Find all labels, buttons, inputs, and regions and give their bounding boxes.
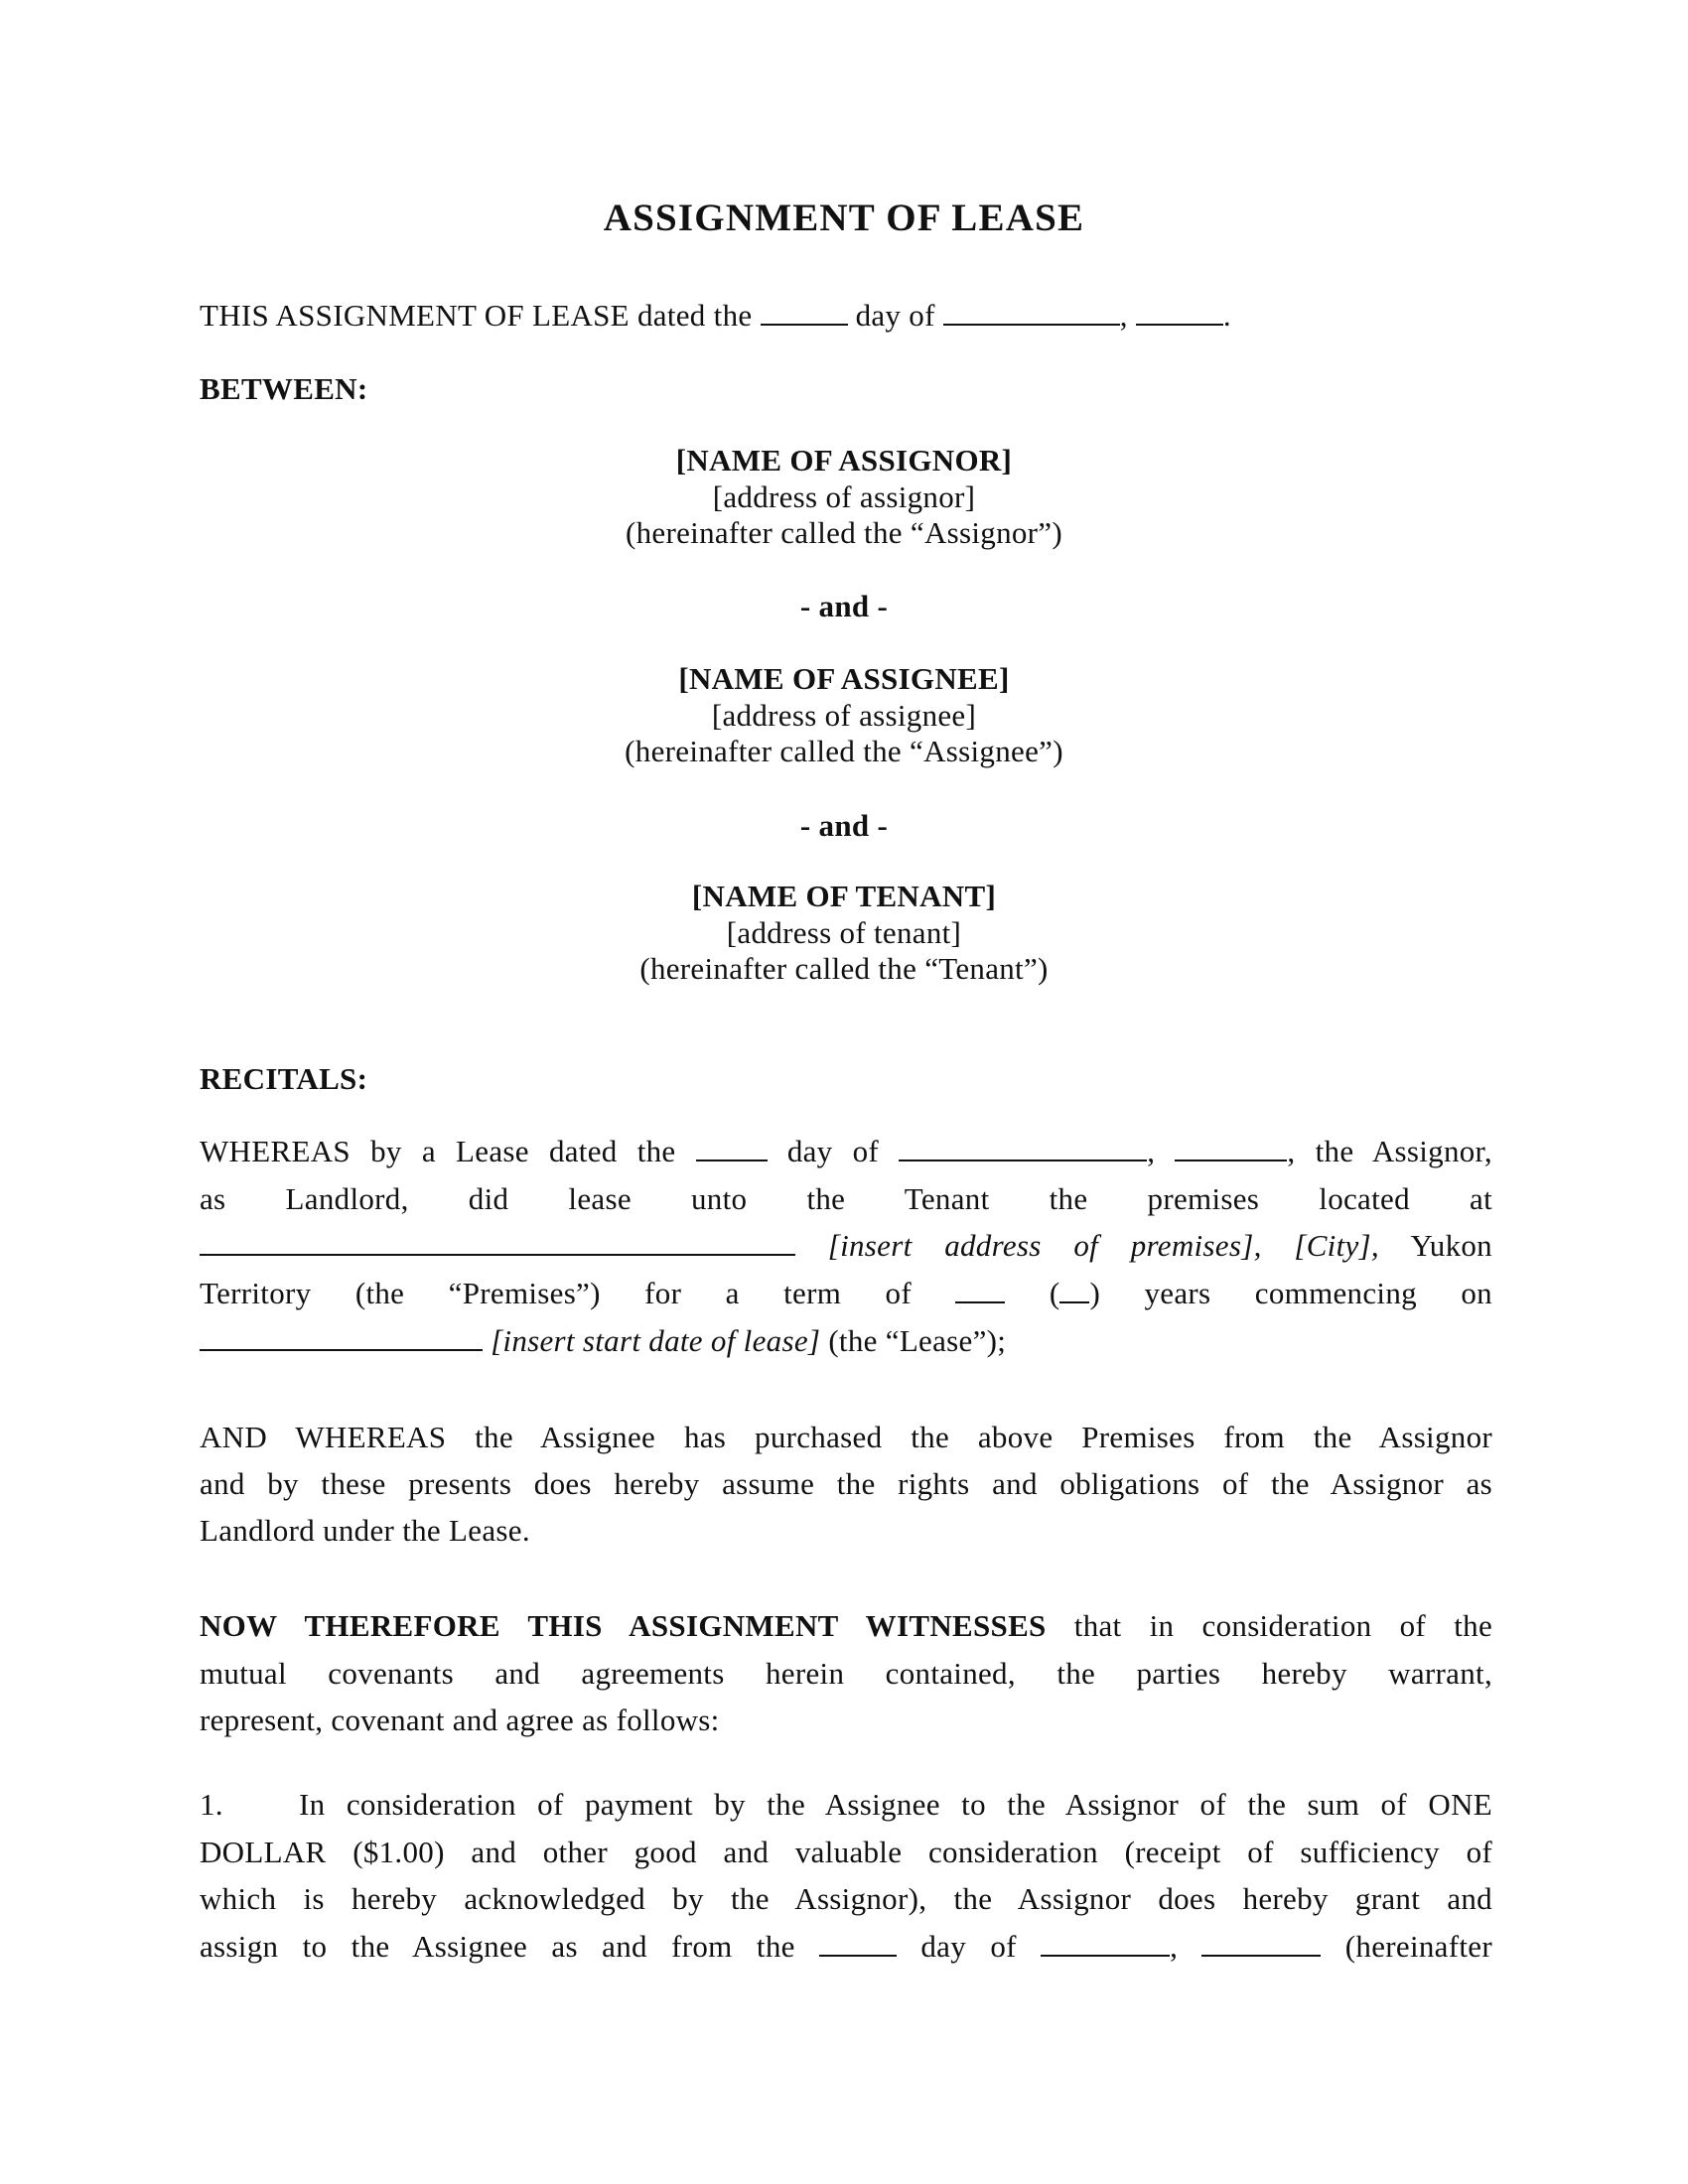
start-date-blank[interactable] (200, 1323, 483, 1351)
document-page: ASSIGNMENT OF LEASE THIS ASSIGNMENT OF L… (0, 0, 1688, 2184)
term-words-blank[interactable] (955, 1276, 1005, 1303)
recital-1-line-4: Territory (the “Premises”) for a term of… (200, 1274, 1492, 1313)
intro-month-blank[interactable] (943, 298, 1120, 326)
and-separator-1: - and - (0, 587, 1688, 626)
comma: , (1120, 298, 1128, 333)
intro-lead: THIS ASSIGNMENT OF LEASE dated the (200, 298, 752, 333)
recital-text: years commencing on (1144, 1276, 1491, 1310)
assignor-address: [address of assignor] (0, 478, 1688, 517)
recital-1-line-3: [insert address of premises], [City], Yu… (200, 1226, 1492, 1266)
recital-2-line-2: and by these presents does hereby assume… (200, 1464, 1492, 1504)
recital-text: day of (787, 1134, 879, 1168)
premises-address-placeholder: [insert address of premises], [City], (828, 1228, 1379, 1263)
lease-month-blank[interactable] (899, 1134, 1147, 1161)
clause-1-line-1: 1.In consideration of payment by the Ass… (200, 1785, 1492, 1825)
recital-text: , the Assignor, (1287, 1134, 1492, 1168)
recital-2-line-1: AND WHEREAS the Assignee has purchased t… (200, 1418, 1492, 1457)
intro-line: THIS ASSIGNMENT OF LEASE dated the day o… (200, 296, 1492, 336)
recital-2-line-3: Landlord under the Lease. (200, 1511, 1492, 1551)
paren-open: ( (1050, 1276, 1060, 1310)
assignee-address: [address of assignee] (0, 696, 1688, 736)
witnesses-text: that in consideration of the (1074, 1608, 1492, 1643)
tenant-address: [address of tenant] (0, 913, 1688, 953)
clause-text: (hereinafter (1345, 1929, 1492, 1964)
recital-1-line-2: as Landlord, did lease unto the Tenant t… (200, 1179, 1492, 1219)
assignor-called: (hereinafter called the “Assignor”) (0, 513, 1688, 553)
assignee-called: (hereinafter called the “Assignee”) (0, 732, 1688, 771)
recital-text: WHEREAS by a Lease dated the (200, 1134, 676, 1168)
lease-day-blank[interactable] (696, 1134, 768, 1161)
document-title: ASSIGNMENT OF LEASE (0, 195, 1688, 242)
term-number-blank[interactable] (1059, 1276, 1089, 1303)
witnesses-bold-lead: NOW THEREFORE THIS ASSIGNMENT WITNESSES (200, 1608, 1047, 1643)
comma: , (1147, 1134, 1155, 1168)
tenant-name: [NAME OF TENANT] (0, 877, 1688, 916)
assignee-name: [NAME OF ASSIGNEE] (0, 659, 1688, 699)
paren-close: ) (1089, 1276, 1100, 1310)
recital-text: (the “Lease”); (828, 1323, 1006, 1358)
witnesses-line-3: represent, covenant and agree as follows… (200, 1701, 1492, 1740)
tenant-called: (hereinafter called the “Tenant”) (0, 949, 1688, 989)
clause-1-line-2: DOLLAR ($1.00) and other good and valuab… (200, 1833, 1492, 1872)
intro-day-blank[interactable] (761, 298, 848, 326)
witnesses-line-2: mutual covenants and agreements herein c… (200, 1654, 1492, 1694)
between-label: BETWEEN: (200, 369, 1492, 409)
clause-1-line-3: which is hereby acknowledged by the Assi… (200, 1879, 1492, 1919)
assignment-year-blank[interactable] (1201, 1929, 1321, 1957)
recital-text: Territory (the “Premises”) for a term of (200, 1276, 912, 1310)
assignment-month-blank[interactable] (1041, 1929, 1170, 1957)
clause-text: day of (920, 1929, 1016, 1964)
recital-1-line-5: [insert start date of lease] (the “Lease… (200, 1321, 1492, 1361)
recital-text: Yukon (1411, 1228, 1492, 1263)
premises-address-blank[interactable] (200, 1228, 795, 1256)
intro-year-blank[interactable] (1136, 298, 1223, 326)
intro-day-of: day of (856, 298, 935, 333)
start-date-placeholder: [insert start date of lease] (491, 1323, 820, 1358)
and-separator-2: - and - (0, 806, 1688, 846)
term-number-group: () (1050, 1276, 1100, 1310)
assignment-day-blank[interactable] (819, 1929, 897, 1957)
recital-1-line-1: WHEREAS by a Lease dated the day of , , … (200, 1132, 1492, 1171)
clause-1-line-4: assign to the Assignee as and from the d… (200, 1927, 1492, 1967)
lease-year-blank[interactable] (1175, 1134, 1287, 1161)
recitals-label: RECITALS: (200, 1059, 1492, 1099)
clause-number: 1. (200, 1785, 299, 1825)
clause-text: assign to the Assignee as and from the (200, 1929, 795, 1964)
witnesses-line-1: NOW THEREFORE THIS ASSIGNMENT WITNESSES … (200, 1606, 1492, 1646)
assignor-name: [NAME OF ASSIGNOR] (0, 441, 1688, 480)
period: . (1223, 298, 1231, 333)
clause-text: In consideration of payment by the Assig… (299, 1787, 1492, 1822)
comma: , (1170, 1929, 1178, 1964)
